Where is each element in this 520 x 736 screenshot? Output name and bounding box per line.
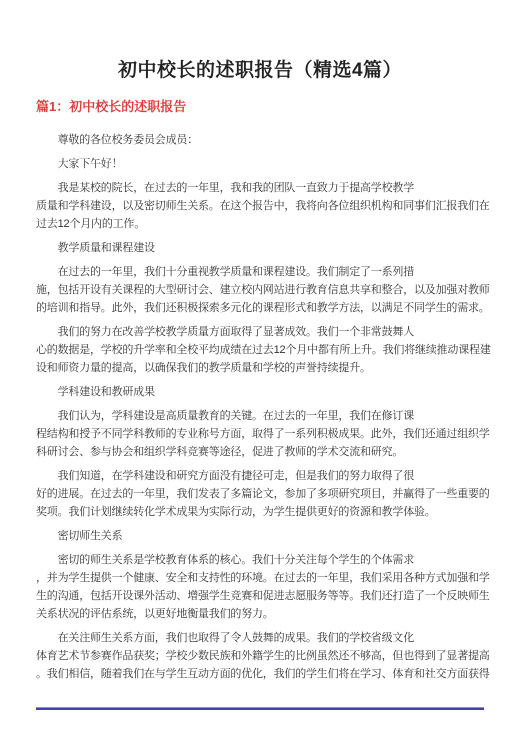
paragraph-relations-results: 在关注师生关系方面，我们也取得了令人鼓舞的成果。我们的学校省级文化 体育艺术节参…: [36, 629, 484, 683]
paragraph-relations-measures: 密切的师生关系是学校教育体系的核心。我们十分关注每个学生的个体需求 ，并为学生提…: [36, 551, 484, 623]
paragraph-salutation: 大家下午好！: [36, 155, 484, 173]
document-body: 尊敬的各位校务委员会成员： 大家下午好！ 我是某校的院长，在过去的一年里，我和我…: [36, 131, 484, 683]
paragraph-discipline-progress: 我们认为，学科建设是高质量教育的关键。在过去的一年里，我们在修订课 程结构和授予…: [36, 407, 484, 461]
section-heading: 篇1：初中校长的述职报告: [36, 98, 484, 116]
paragraph-teaching-results: 我们的努力在改善学校教学质量方面取得了显著成效。我们一个非常鼓舞人 心的数据是，…: [36, 323, 484, 377]
paragraph-teaching-measures: 在过去的一年里，我们十分重视教学质量和课程建设。我们制定了一系列措 施，包括开设…: [36, 263, 484, 317]
subsection-heading-discipline: 学科建设和教研成果: [36, 383, 484, 401]
document-page: 初中校长的述职报告（精选4篇） 篇1：初中校长的述职报告 尊敬的各位校务委员会成…: [0, 0, 520, 736]
paragraph-intro: 我是某校的院长，在过去的一年里，我和我的团队一直致力于提高学校教学 质量和学科建…: [36, 179, 484, 233]
paragraph-greeting: 尊敬的各位校务委员会成员：: [36, 131, 484, 149]
divider-line: [36, 707, 484, 710]
subsection-heading-teaching-quality: 教学质量和课程建设: [36, 239, 484, 257]
subsection-heading-relations: 密切师生关系: [36, 527, 484, 545]
paragraph-discipline-awards: 我们知道，在学科建设和研究方面没有捷径可走，但是我们的努力取得了很 好的进展。在…: [36, 467, 484, 521]
page-title: 初中校长的述职报告（精选4篇）: [36, 0, 484, 84]
